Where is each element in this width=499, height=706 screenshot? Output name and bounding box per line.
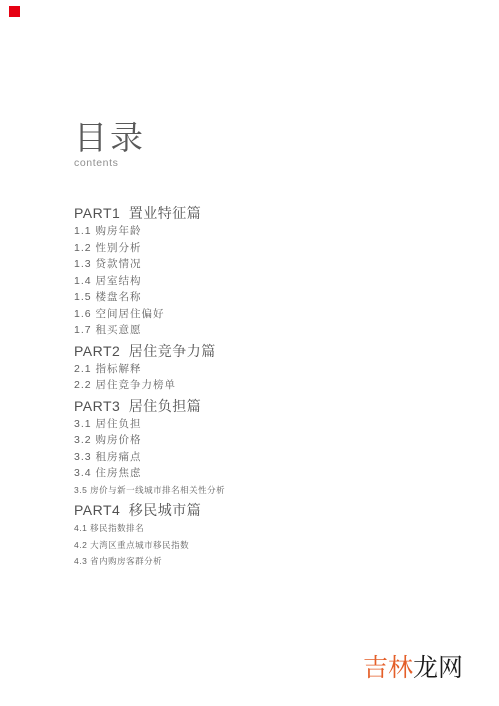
toc-item-3-3: 3.3 租房痛点: [74, 449, 434, 466]
toc-item-3-2: 3.2 购房价格: [74, 432, 434, 449]
toc-item-1-6: 1.6 空间居住偏好: [74, 306, 434, 323]
toc-item-4-1: 4.1 移民指数排名: [74, 520, 434, 537]
toc-item-3-4: 3.4 住房焦虑: [74, 465, 434, 482]
toc-item-1-2: 1.2 性别分析: [74, 240, 434, 257]
brand-red-square-icon: [9, 6, 20, 17]
toc-item-4-2: 4.2 大湾区重点城市移民指数: [74, 537, 434, 554]
watermark-text-second: 龙网: [413, 654, 463, 682]
table-of-contents: PART1 置业特征篇 1.1 购房年龄 1.2 性别分析 1.3 贷款情况 1…: [74, 204, 434, 570]
toc-item-1-3: 1.3 贷款情况: [74, 256, 434, 273]
toc-part2-heading: PART2 居住竞争力篇: [74, 342, 434, 361]
watermark-text-first: 吉林: [363, 654, 413, 682]
toc-item-3-5: 3.5 房价与新一线城市排名相关性分析: [74, 482, 434, 499]
page-subtitle: contents: [74, 157, 146, 170]
toc-item-1-7: 1.7 租买意愿: [74, 322, 434, 339]
toc-item-1-1: 1.1 购房年龄: [74, 223, 434, 240]
toc-item-2-1: 2.1 指标解释: [74, 361, 434, 378]
toc-item-1-5: 1.5 楼盘名称: [74, 289, 434, 306]
document-page: 目录 contents PART1 置业特征篇 1.1 购房年龄 1.2 性别分…: [0, 0, 499, 706]
toc-part4-heading: PART4 移民城市篇: [74, 501, 434, 520]
toc-item-3-1: 3.1 居住负担: [74, 416, 434, 433]
toc-part3-heading: PART3 居住负担篇: [74, 397, 434, 416]
toc-part1-heading: PART1 置业特征篇: [74, 204, 434, 223]
toc-item-4-3: 4.3 省内购房客群分析: [74, 553, 434, 570]
toc-header: 目录 contents: [74, 120, 146, 170]
toc-item-1-4: 1.4 居室结构: [74, 273, 434, 290]
page-title: 目录: [74, 120, 146, 156]
toc-item-2-2: 2.2 居住竞争力榜单: [74, 377, 434, 394]
watermark-site-logo: 吉林龙网: [363, 654, 463, 682]
